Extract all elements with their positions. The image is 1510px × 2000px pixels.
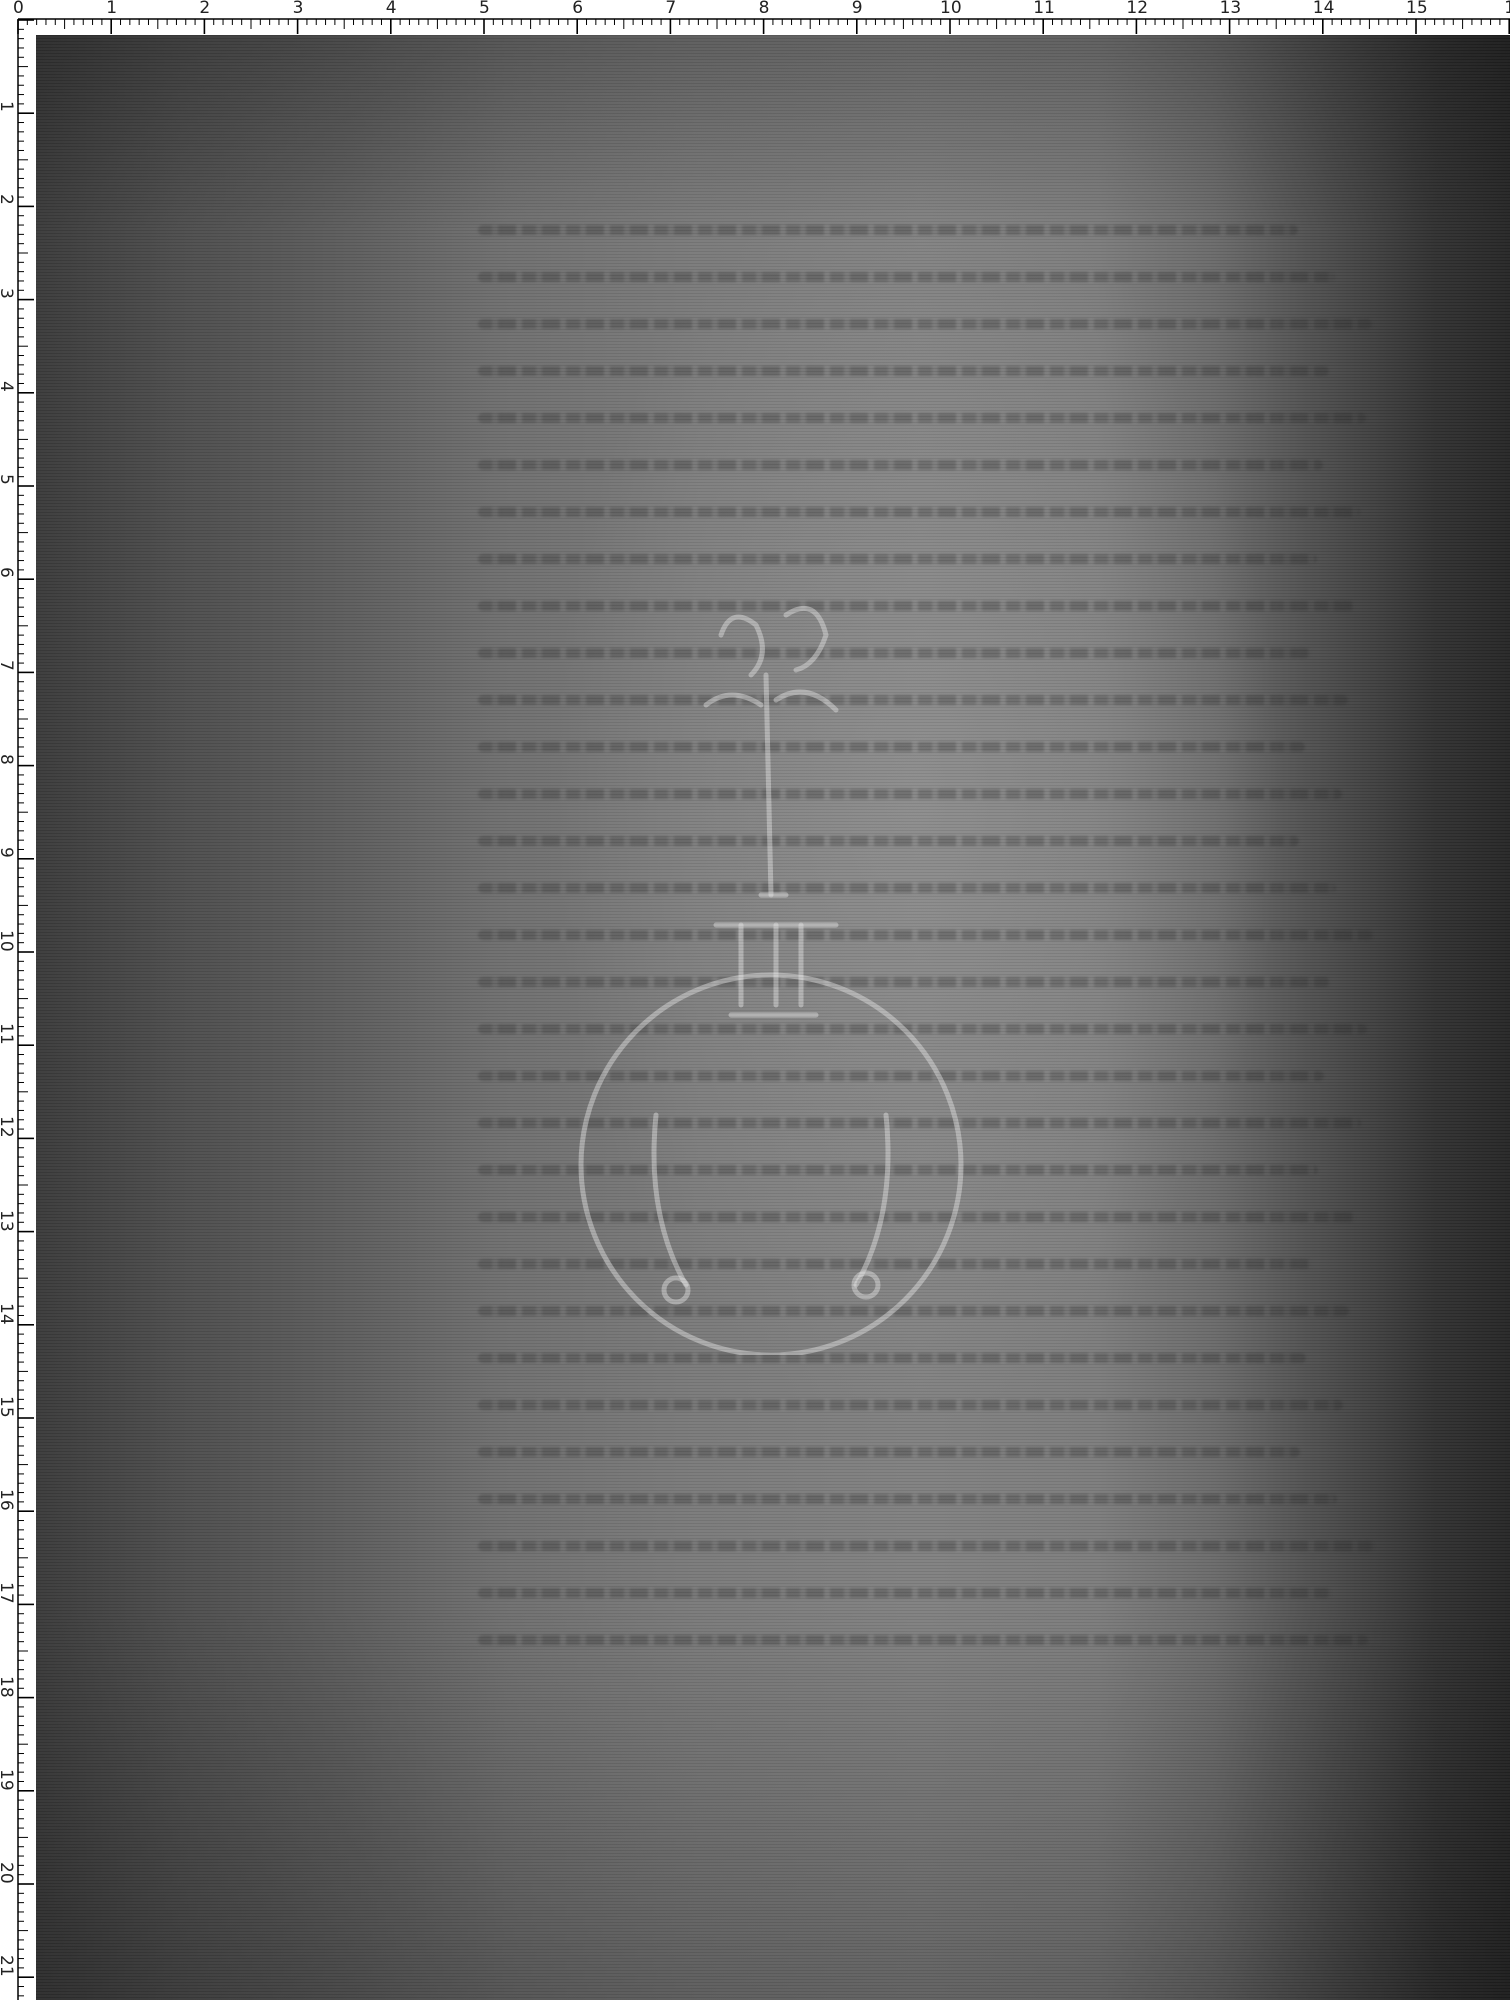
ruler-left-label: 9	[0, 847, 16, 858]
ruler-top-label: 14	[1313, 0, 1335, 18]
ruler-left-label: 3	[0, 288, 16, 299]
ruler-left-label: 20	[0, 1862, 16, 1884]
ruler-left-label: 5	[0, 474, 16, 485]
ruler-top-label: 12	[1126, 0, 1148, 18]
ruler-top-label: 8	[759, 0, 770, 18]
ruler-ticks	[0, 0, 1510, 2000]
ruler-left-label: 8	[0, 754, 16, 765]
ruler-top-label: 6	[572, 0, 583, 18]
ruler-top-label: 0	[13, 0, 24, 18]
ruler-top-label: 2	[199, 0, 210, 18]
ruler-top-label: 10	[940, 0, 962, 18]
ruler-top-label: 7	[665, 0, 676, 18]
ruler-left-label: 4	[0, 381, 16, 392]
ruler-top-label: 11	[1033, 0, 1055, 18]
ruler-top-label: 13	[1220, 0, 1242, 18]
ruler-top-label: 9	[852, 0, 863, 18]
ruler-top-label: 15	[1406, 0, 1428, 18]
ruler-left-label: 7	[0, 660, 16, 671]
ruler-left-label: 19	[0, 1769, 16, 1791]
ruler-left-label: 11	[0, 1023, 16, 1045]
ruler-left-label: 13	[0, 1210, 16, 1232]
ruler-top-label: 1	[1504, 0, 1510, 18]
ruler-left-label: 14	[0, 1303, 16, 1325]
ruler-left-label: 17	[0, 1582, 16, 1604]
ruler-left-label: 10	[0, 930, 16, 952]
ruler-left-label: 16	[0, 1489, 16, 1511]
ruler-left-label: 6	[0, 567, 16, 578]
ruler-top-label: 3	[293, 0, 304, 18]
ruler-top-label: 4	[386, 0, 397, 18]
ruler-left-label: 1	[0, 101, 16, 112]
ruler-top-label: 1	[106, 0, 117, 18]
ruler-left-label: 12	[0, 1116, 16, 1138]
ruler-left-label: 15	[0, 1396, 16, 1418]
ruler-left-label: 18	[0, 1676, 16, 1698]
ruler-left-label: 2	[0, 194, 16, 205]
ruler-left-label: 21	[0, 1955, 16, 1977]
ruler-top-label: 5	[479, 0, 490, 18]
